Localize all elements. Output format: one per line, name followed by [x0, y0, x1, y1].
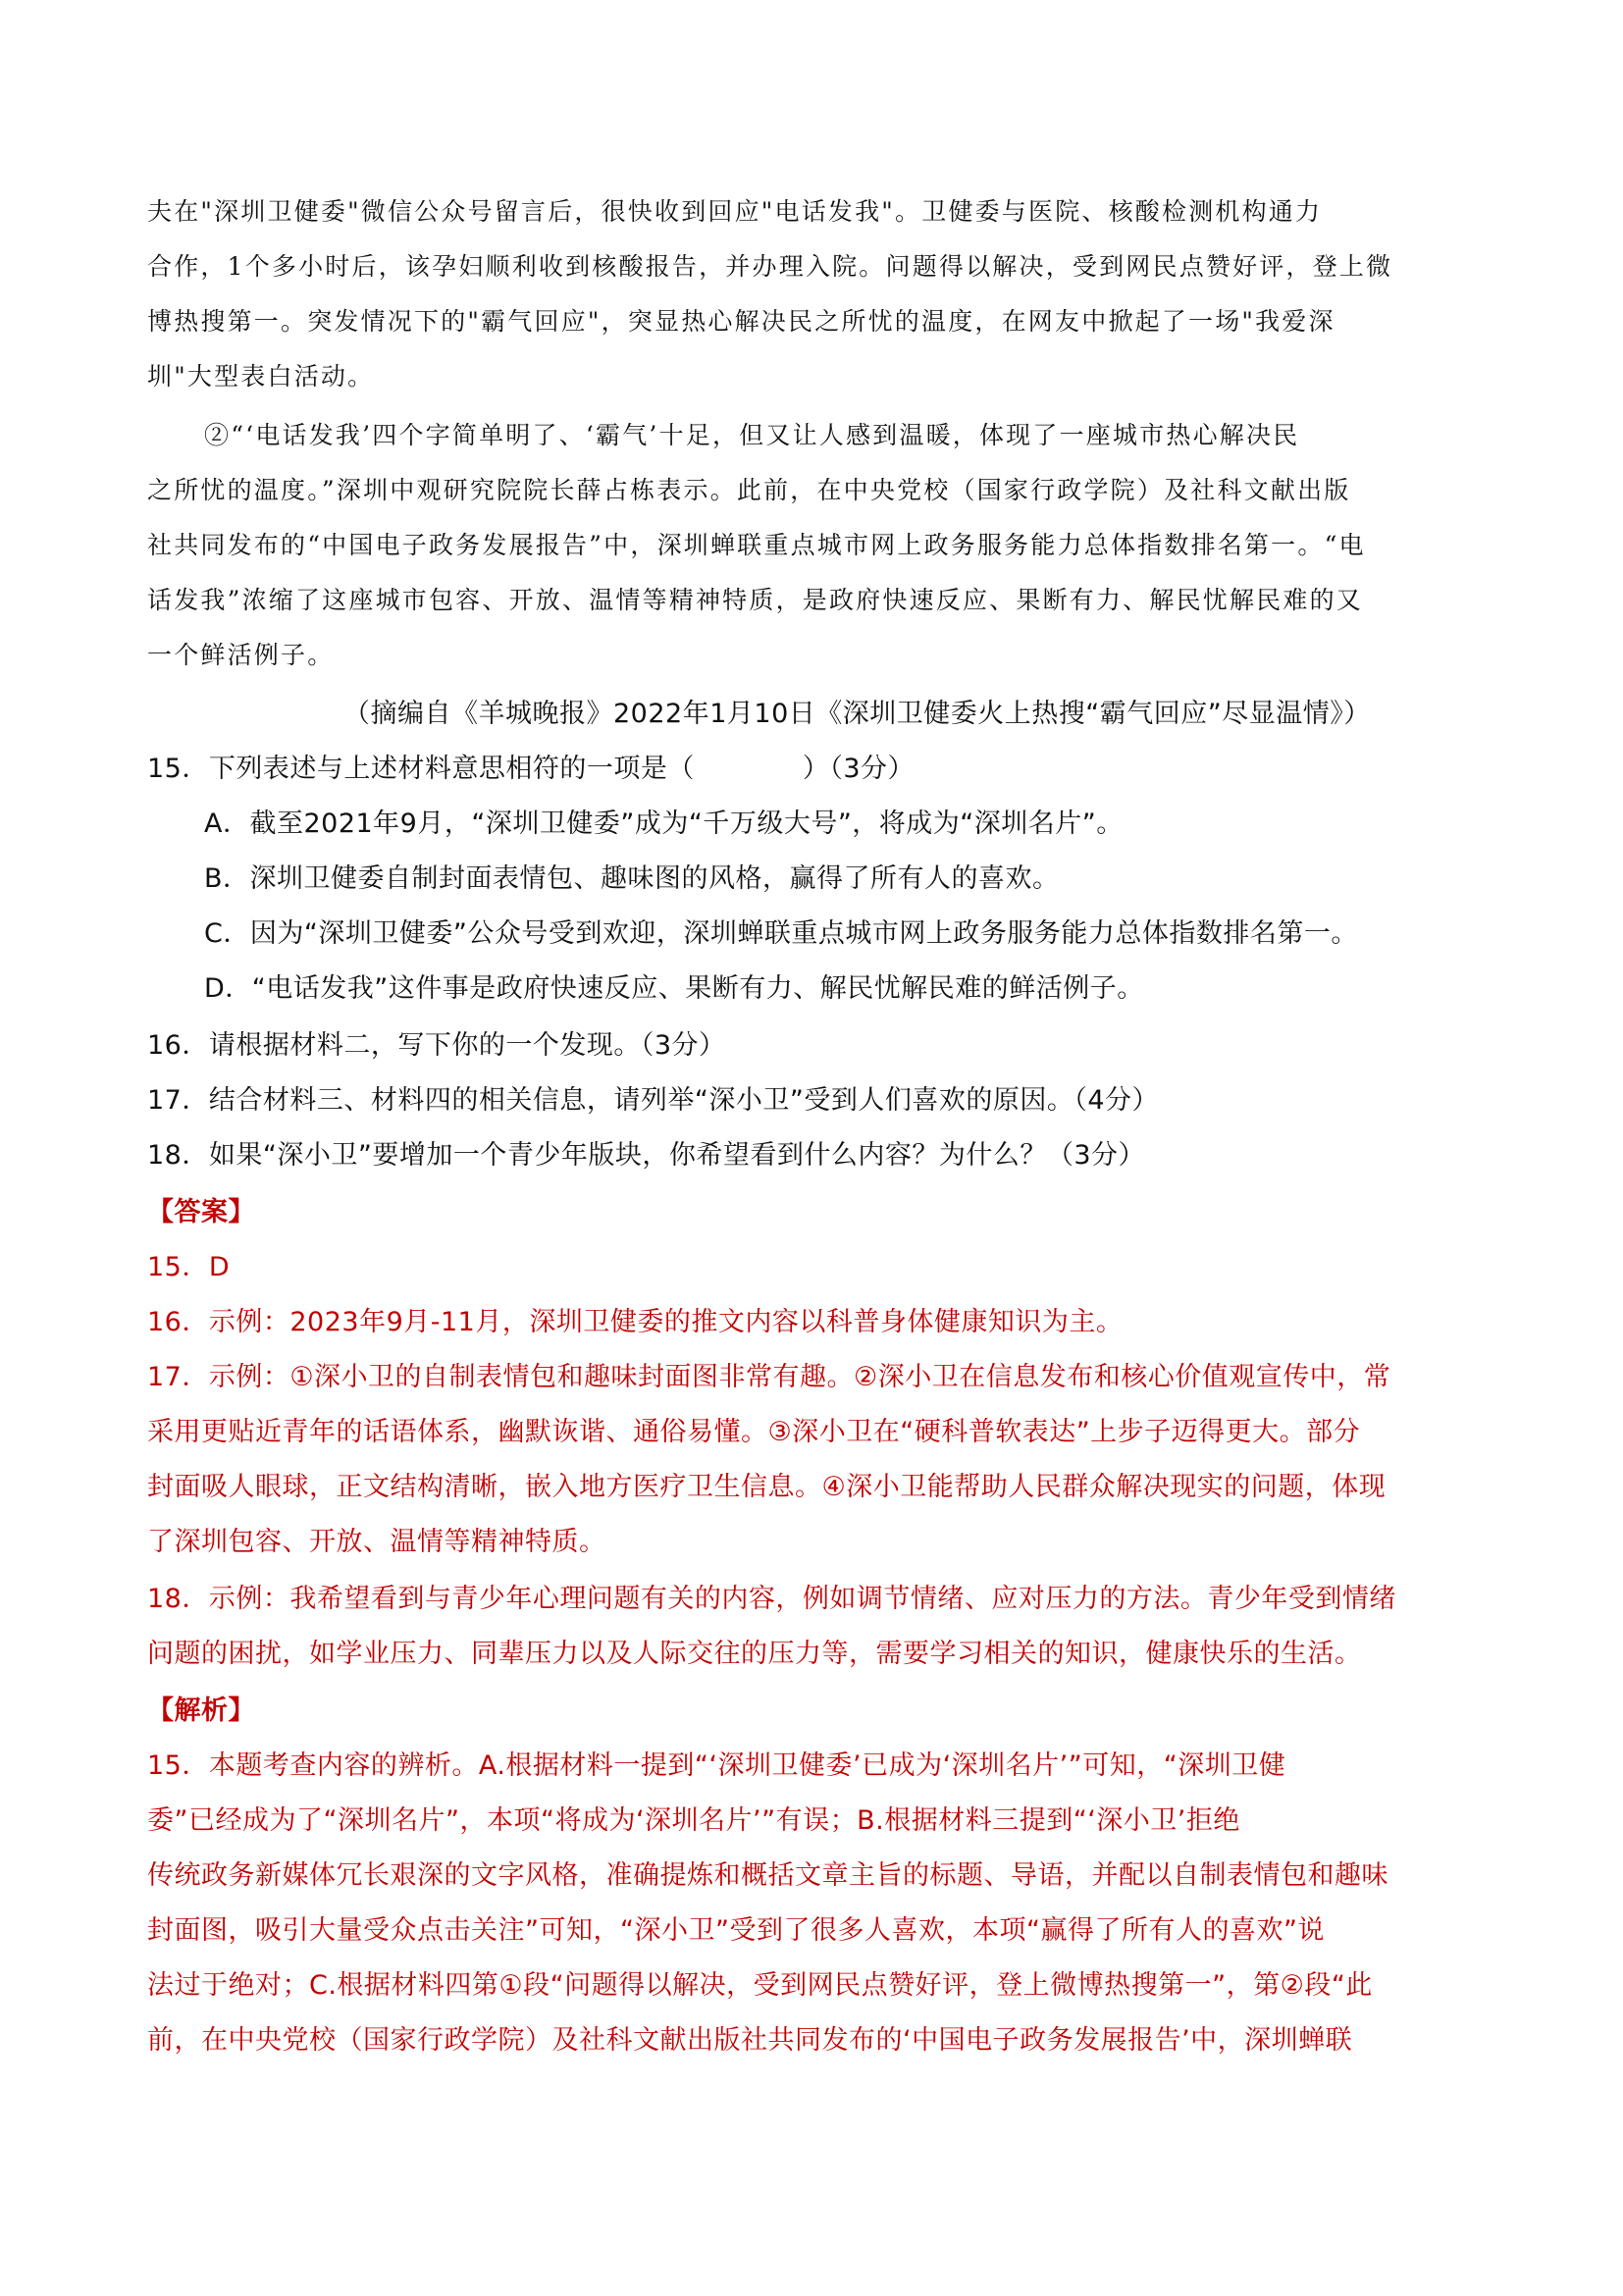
question-15-stem: 15．下列表述与上述材料意思相符的一项是（ ）（3分） — [147, 750, 915, 789]
answer-18-line: 问题的困扰，如学业压力、同辈压力以及人际交往的压力等，需要学习相关的知识，健康快… — [147, 1635, 1362, 1674]
material-line: 社共同发布的“中国电子政务发展报告”中，深圳蝉联重点城市网上政务服务能力总体指数… — [147, 526, 1366, 565]
material-line: 话发我”浓缩了这座城市包容、开放、温情等精神特质，是政府快速反应、果断有力、解民… — [147, 581, 1363, 620]
analysis-heading: 【解析】 — [147, 1692, 255, 1731]
source-citation: （摘编自《羊城晚报》2022年1月10日《深圳卫健委火上热搜“霸气回应”尽显温情… — [343, 695, 1371, 734]
answer-16: 16．示例：2023年9月-11月，深圳卫健委的推文内容以科普身体健康知识为主。 — [147, 1303, 1123, 1342]
answer-17-line: 了深圳包容、开放、温情等精神特质。 — [147, 1523, 606, 1562]
material-line: 夫在"深圳卫健委"微信公众号留言后，很快收到回应"电话发我"。卫健委与医院、核酸… — [147, 192, 1322, 232]
analysis-15-line: 前，在中央党校（国家行政学院）及社科文献出版社共同发布的‘中国电子政务发展报告’… — [147, 2021, 1352, 2061]
answer-18-line: 18．示例：我希望看到与青少年心理问题有关的内容，例如调节情绪、应对压力的方法。… — [147, 1580, 1396, 1619]
question-15-option-b: B．深圳卫健委自制封面表情包、趣味图的风格，赢得了所有人的喜欢。 — [204, 860, 1060, 899]
analysis-15-line: 15．本题考查内容的辨析。A.根据材料一提到“‘深圳卫健委’已成为‘深圳名片’”… — [147, 1747, 1285, 1786]
analysis-15-line: 传统政务新媒体冗长艰深的文字风格，准确提炼和概括文章主旨的标题、导语，并配以自制… — [147, 1856, 1388, 1896]
answer-17-line: 采用更贴近青年的话语体系，幽默诙谐、通俗易懂。③深小卫在“硬科普软表达”上步子迈… — [147, 1413, 1360, 1452]
material-line: 合作，1个多小时后，该孕妇顺利收到核酸报告，并办理入院。问题得以解决，受到网民点… — [147, 247, 1392, 287]
analysis-15-line: 委”已经成为了“深圳名片”，本项“将成为‘深圳名片’”有误；B.根据材料三提到“… — [147, 1801, 1240, 1841]
question-17: 17．结合材料三、材料四的相关信息，请列举“深小卫”受到人们喜欢的原因。（4分） — [147, 1081, 1159, 1121]
material-line: 之所忧的温度。”深圳中观研究院院长薛占栋表示。此前，在中央党校（国家行政学院）及… — [147, 471, 1351, 510]
answer-17-line: 封面吸人眼球，正文结构清晰，嵌入地方医疗卫生信息。④深小卫能帮助人民群众解决现实… — [147, 1468, 1386, 1507]
material-line: 一个鲜活例子。 — [147, 636, 334, 675]
question-15-option-c: C．因为“深圳卫健委”公众号受到欢迎，深圳蝉联重点城市网上政务服务能力总体指数排… — [204, 914, 1358, 954]
answer-15: 15．D — [147, 1248, 230, 1287]
analysis-15-line: 封面图，吸引大量受众点击关注”可知，“深小卫”受到了很多人喜欢，本项“赢得了所有… — [147, 1911, 1325, 1951]
material-line: ②“‘电话发我’四个字简单明了、‘霸气’十足，但又让人感到温暖，体现了一座城市热… — [204, 416, 1299, 455]
answer-17-line: 17．示例：①深小卫的自制表情包和趣味封面图非常有趣。②深小卫在信息发布和核心价… — [147, 1358, 1390, 1397]
question-15-option-d: D．“电话发我”这件事是政府快速反应、果断有力、解民忧解民难的鲜活例子。 — [204, 969, 1144, 1009]
question-15-option-a: A．截至2021年9月，“深圳卫健委”成为“千万级大号”，将成为“深圳名片”。 — [204, 805, 1124, 844]
answer-heading: 【答案】 — [147, 1193, 255, 1232]
question-16: 16．请根据材料二，写下你的一个发现。（3分） — [147, 1026, 726, 1066]
analysis-15-line: 法过于绝对；C.根据材料四第①段“问题得以解决，受到网民点赞好评，登上微博热搜第… — [147, 1966, 1373, 2006]
question-18: 18．如果“深小卫”要增加一个青少年版块，你希望看到什么内容？为什么？（3分） — [147, 1136, 1145, 1175]
material-line: 博热搜第一。突发情况下的"霸气回应"，突显热心解决民之所忧的温度，在网友中掀起了… — [147, 302, 1335, 341]
material-line: 圳"大型表白活动。 — [147, 357, 374, 396]
